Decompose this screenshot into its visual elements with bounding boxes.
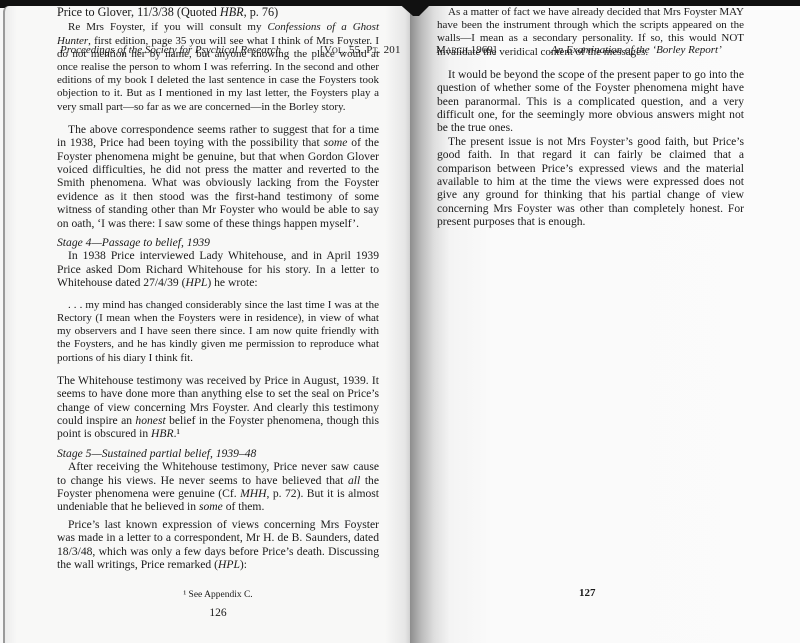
- section-heading-stage-5: Stage 5—Sustained partial belief, 1939–4…: [57, 447, 379, 460]
- paragraph-good-faith: The present issue is not Mrs Foyster’s g…: [437, 135, 744, 229]
- block-quote-stage-4: . . . my mind has changed considerably s…: [57, 299, 379, 365]
- left-page-body: Price to Glover, 11/3/38 (Quoted HBR, p.…: [57, 6, 379, 620]
- section-heading-stage-4: Stage 4—Passage to belief, 1939: [57, 236, 379, 249]
- paragraph-stage-4: In 1938 Price interviewed Lady Whitehous…: [57, 249, 379, 289]
- paragraph-whitehouse-testimony: The Whitehouse testimony was received by…: [57, 374, 379, 441]
- left-page: Proceedings of the Society for Psychical…: [3, 6, 410, 643]
- page-number-left: 126: [57, 607, 379, 620]
- paragraph-last-known-views: Price’s last known expression of views c…: [57, 518, 379, 572]
- letter-heading: Price to Glover, 11/3/38 (Quoted HBR, p.…: [57, 6, 379, 19]
- right-page: March 1969] An Examination of the ‘Borle…: [410, 6, 800, 643]
- letter-quote: Re Mrs Foyster, if you will consult my C…: [57, 21, 379, 113]
- right-page-body: As a matter of fact we have already deci…: [437, 6, 744, 229]
- block-quote-wall-writings: As a matter of fact we have already deci…: [437, 6, 744, 59]
- page-number-right: 127: [579, 587, 596, 599]
- footnote: ¹ See Appendix C.: [57, 589, 379, 602]
- paragraph-correspondence: The above correspondence seems rather to…: [57, 123, 379, 230]
- paragraph-stage-5: After receiving the Whitehouse testimony…: [57, 460, 379, 514]
- paragraph-scope: It would be beyond the scope of the pres…: [437, 68, 744, 135]
